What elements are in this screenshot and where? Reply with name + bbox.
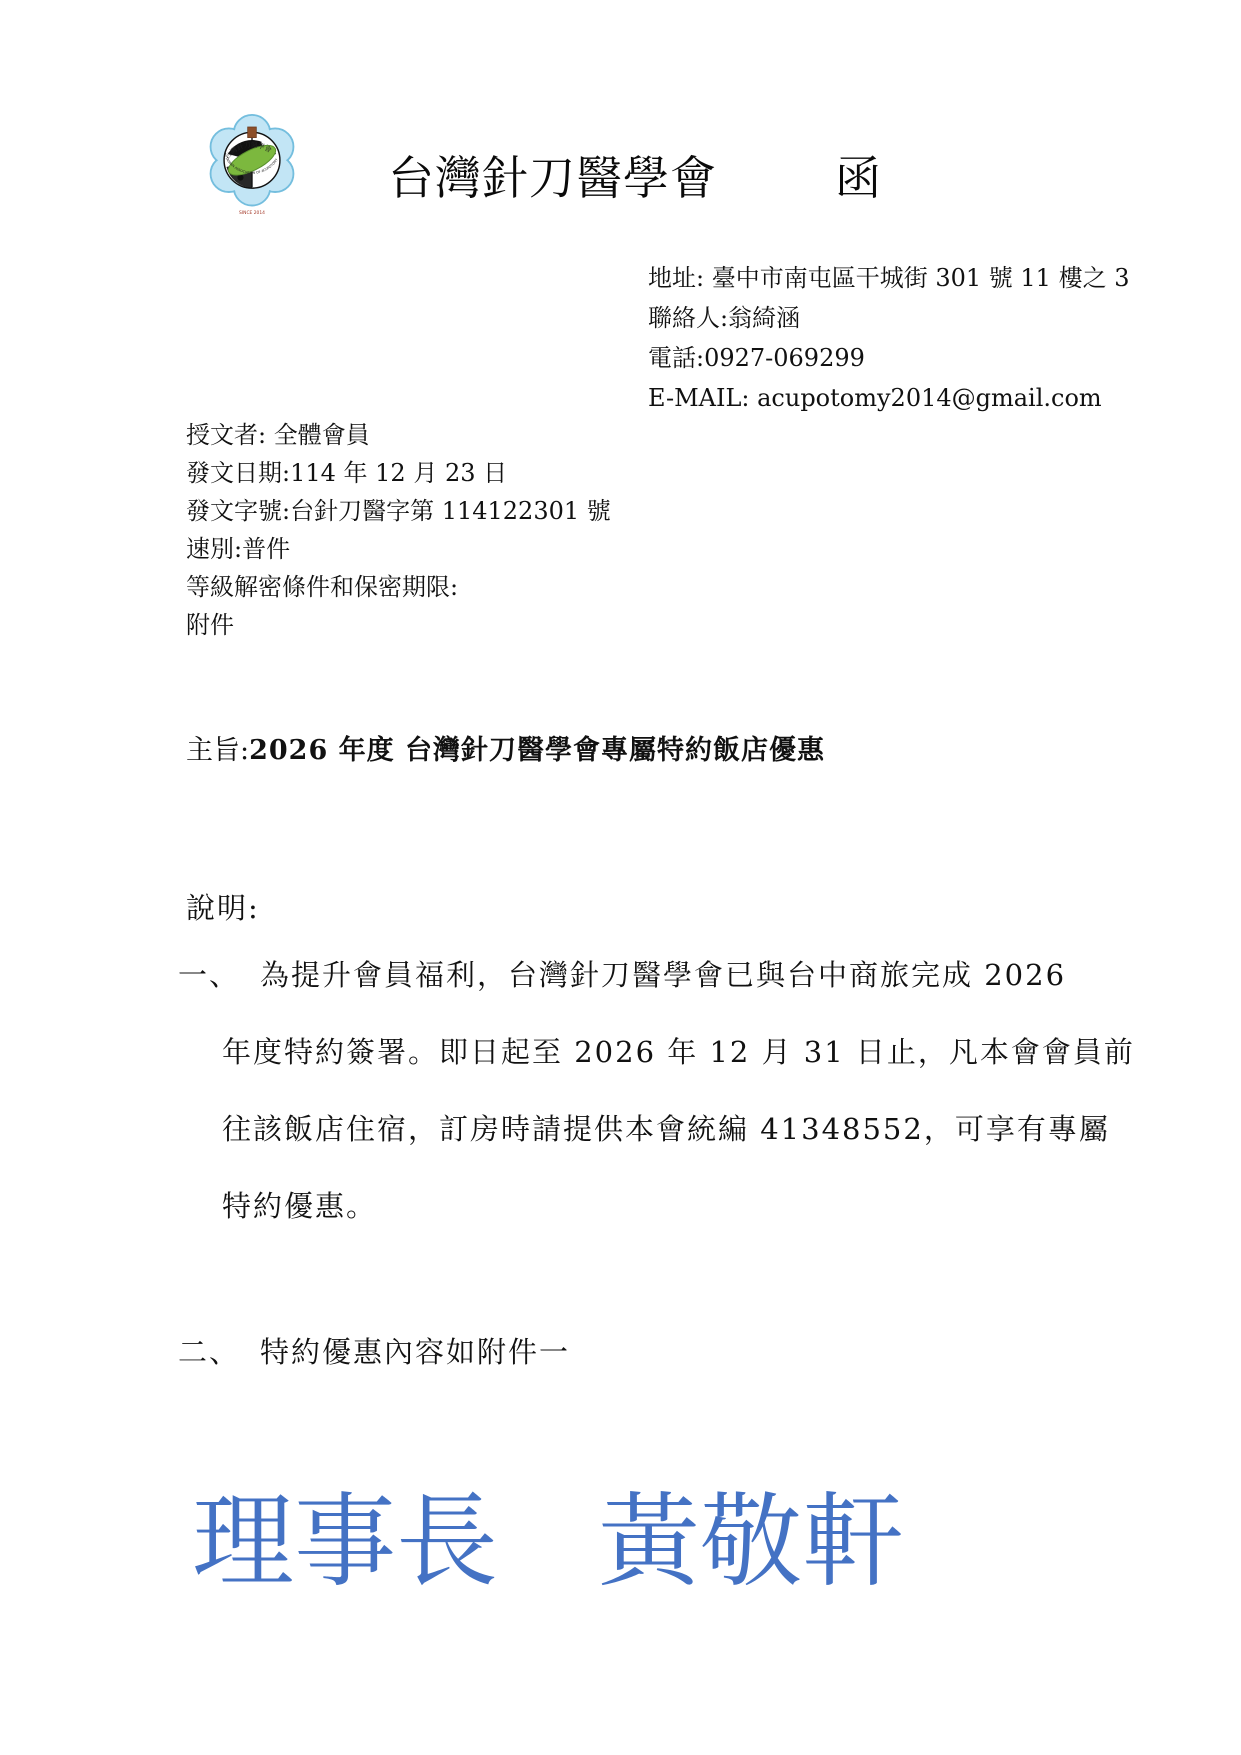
contact-address: 地址: 臺中市南屯區干城街 301 號 11 樓之 3 [648, 258, 1129, 298]
item-1-number: 一、 [178, 953, 240, 994]
document-title: 台灣針刀醫學會 函 [388, 148, 881, 208]
item-1-line-2: 年度特約簽署。即日起至 2026 年 12 月 31 日止，凡本會會員前 [222, 1030, 1135, 1071]
doc-type-label: 函 [835, 148, 881, 208]
item-1-line-3: 往該飯店住宿，訂房時請提供本會統編 41348552，可享有專屬 [222, 1107, 1110, 1148]
association-logo-icon: 台灣針刀醫學會 TAIWAN ASSOCIATION OF ACUPOTOMY … [203, 114, 301, 218]
meta-doc-number: 發文字號:台針刀醫字第 114122301 號 [186, 492, 611, 530]
meta-attachment: 附件 [186, 606, 611, 644]
org-name: 台灣針刀醫學會 [388, 148, 717, 208]
explanation-label: 說明: [186, 886, 260, 927]
meta-issue-date: 發文日期:114 年 12 月 23 日 [186, 454, 611, 492]
item-1-line-4: 特約優惠。 [222, 1184, 377, 1225]
letter-page: 台灣針刀醫學會 TAIWAN ASSOCIATION OF ACUPOTOMY … [0, 0, 1241, 1755]
document-meta-block: 授文者: 全體會員 發文日期:114 年 12 月 23 日 發文字號:台針刀醫… [186, 416, 611, 644]
item-1-line-1: 為提升會員福利，台灣針刀醫學會已與台中商旅完成 2026 [260, 953, 1066, 994]
signature-title: 理事長 [192, 1478, 498, 1608]
contact-person: 聯絡人:翁綺涵 [648, 298, 1129, 338]
meta-security: 等級解密條件和保密期限: [186, 568, 611, 606]
signature-name: 黃敬軒 [598, 1478, 904, 1608]
meta-speed: 速別:普件 [186, 530, 611, 568]
contact-phone: 電話:0927-069299 [648, 338, 1129, 378]
subject-content: 2026 年度 台灣針刀醫學會專屬特約飯店優惠 [249, 735, 825, 766]
item-2-line-1: 特約優惠內容如附件一 [260, 1330, 570, 1371]
contact-block: 地址: 臺中市南屯區干城街 301 號 11 樓之 3 聯絡人:翁綺涵 電話:0… [648, 258, 1129, 418]
association-logo-graphic: 台灣針刀醫學會 TAIWAN ASSOCIATION OF ACUPOTOMY … [203, 114, 301, 218]
subject-line: 主旨:2026 年度 台灣針刀醫學會專屬特約飯店優惠 [186, 728, 825, 767]
item-2-number: 二、 [178, 1330, 240, 1371]
meta-recipient: 授文者: 全體會員 [186, 416, 611, 454]
contact-email: E-MAIL: acupotomy2014@gmail.com [648, 378, 1129, 418]
logo-since-label: SINCE 2014 [239, 210, 265, 216]
subject-label: 主旨: [186, 735, 249, 766]
